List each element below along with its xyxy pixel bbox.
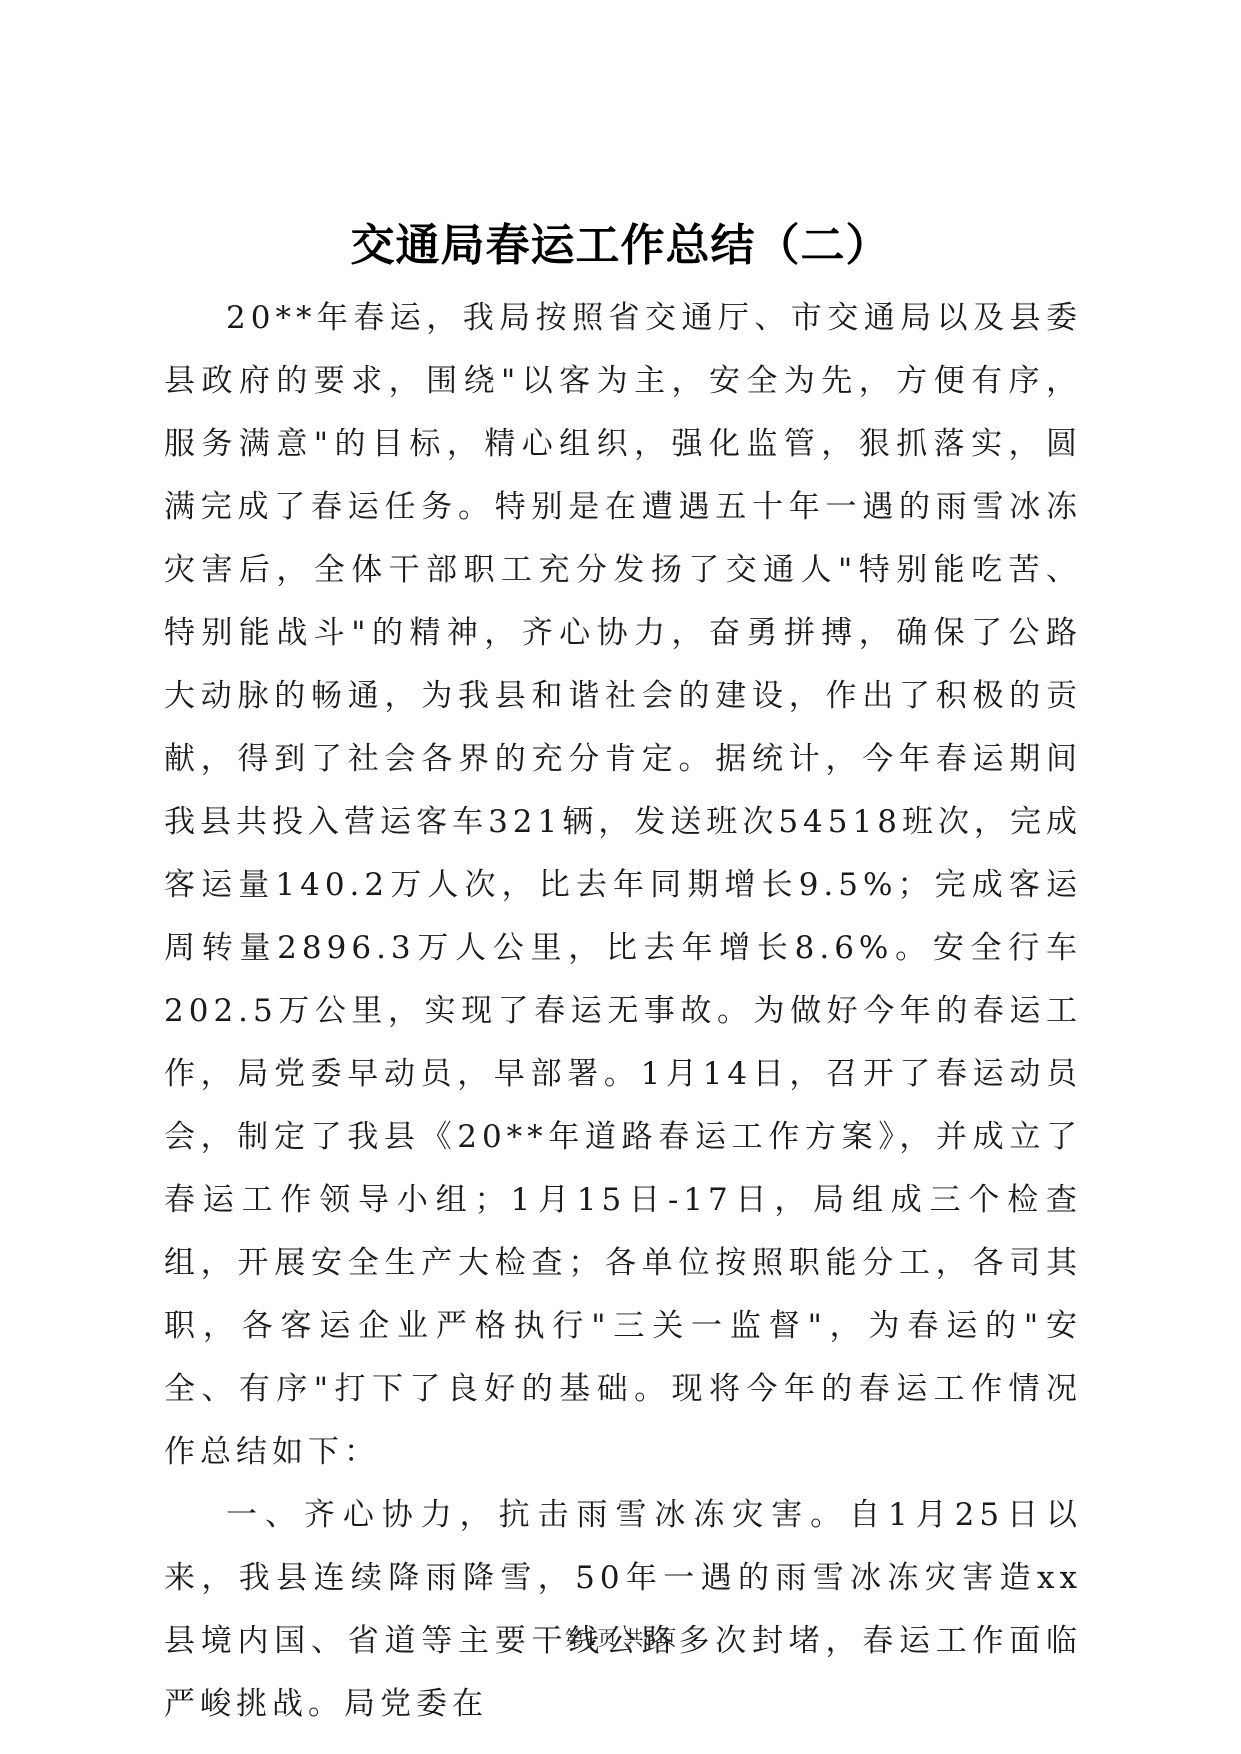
document-title: 交通局春运工作总结（二） — [0, 218, 1241, 274]
document-body: 20**年春运，我局按照省交通厅、市交通局以及县委县政府的要求，围绕"以客为主，… — [164, 287, 1082, 1736]
paragraph-section-1: 一、齐心协力，抗击雨雪冰冻灾害。自1月25日以来，我县连续降雨降雪，50年一遇的… — [164, 1484, 1082, 1736]
page-number-footer: 第1页 共5页 — [0, 1624, 1241, 1652]
document-page: 交通局春运工作总结（二） 20**年春运，我局按照省交通厅、市交通局以及县委县政… — [0, 0, 1241, 1754]
paragraph-intro: 20**年春运，我局按照省交通厅、市交通局以及县委县政府的要求，围绕"以客为主，… — [164, 287, 1082, 1484]
